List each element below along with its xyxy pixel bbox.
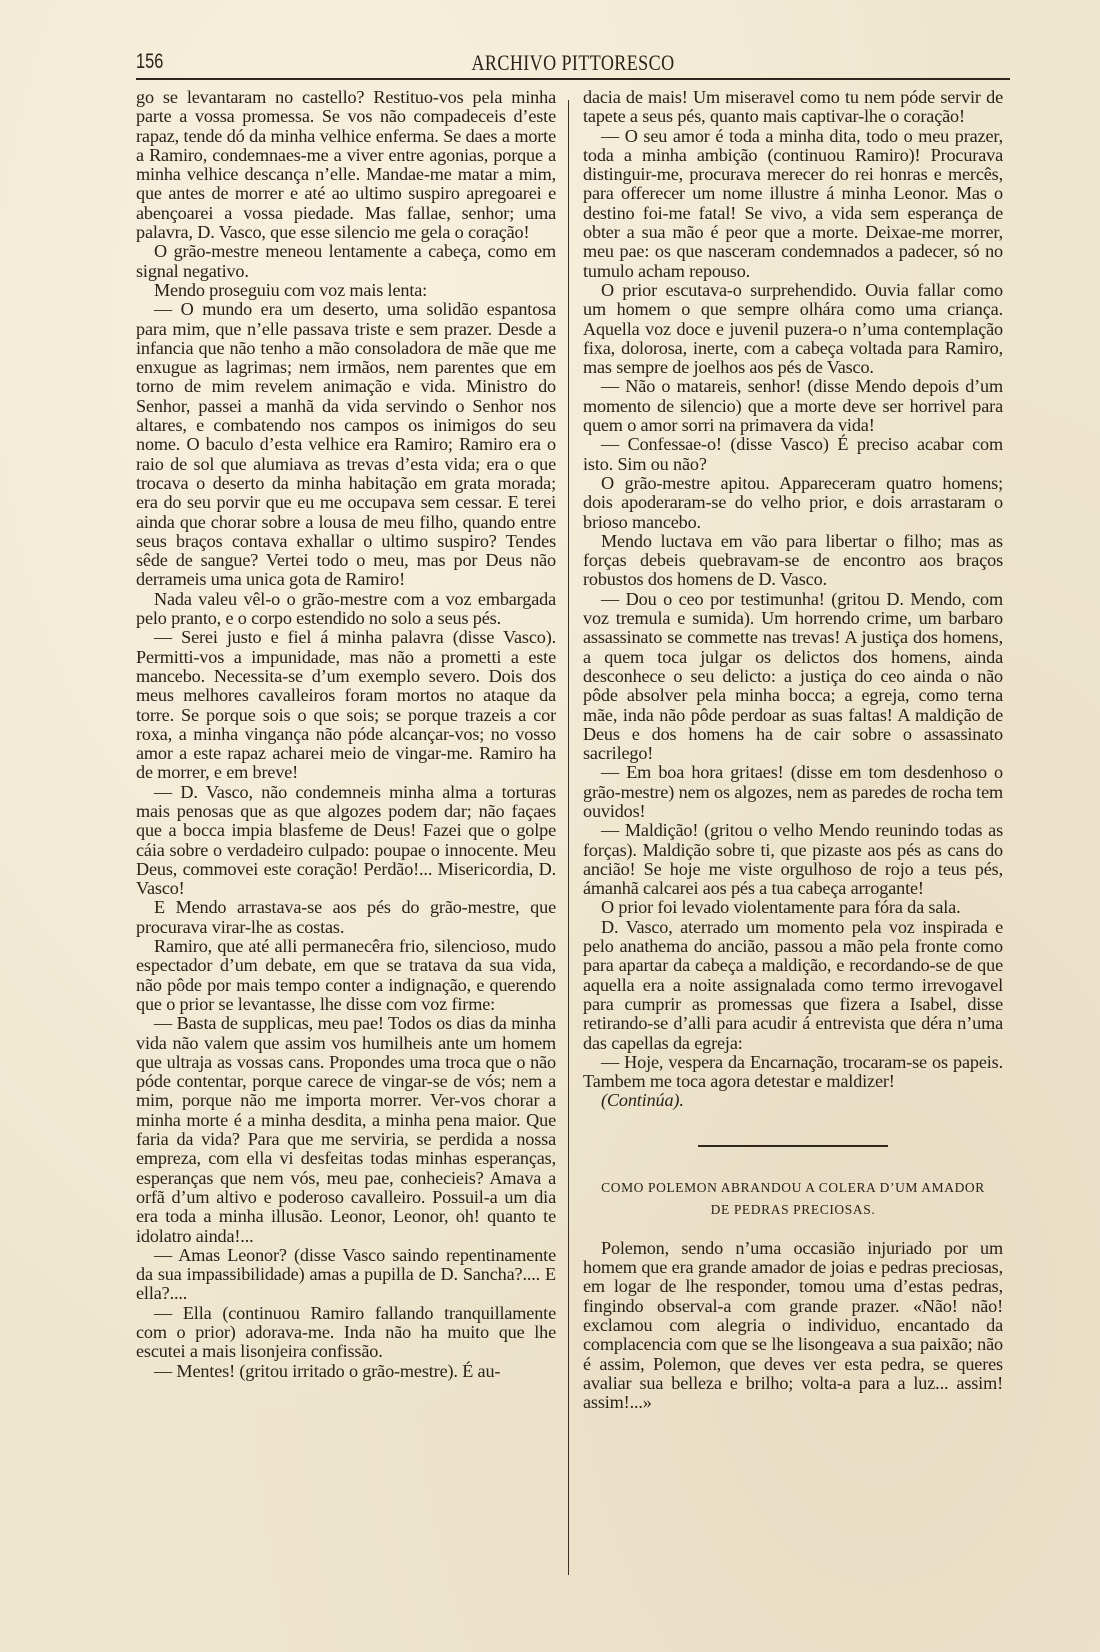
article-title-line-2: de pedras preciosas. [583, 1199, 1003, 1221]
section-divider [698, 1145, 888, 1147]
paragraph: — Amas Leonor? (disse Vasco saindo repen… [136, 1246, 556, 1304]
paragraph: O grão-mestre meneou lentamente a cabeça… [136, 242, 556, 281]
paragraph: D. Vasco, aterrado um momento pela voz i… [583, 918, 1003, 1053]
left-column: go se levantaram no castello? Restituo-v… [136, 88, 556, 1381]
paragraph: Mendo proseguiu com voz mais lenta: [136, 281, 556, 300]
paragraph: O grão-mestre apitou. Appareceram quatro… [583, 474, 1003, 532]
paragraph: O prior escutava-o surprehendido. Ouvia … [583, 281, 1003, 377]
paragraph: Nada valeu vêl-o o grão-mestre com a voz… [136, 590, 556, 629]
page-header: 156 ARCHIVO PITTORESCO [136, 48, 1010, 80]
paragraph: — Basta de supplicas, meu pae! Todos os … [136, 1014, 556, 1246]
page-number: 156 [136, 50, 163, 74]
paragraph: dacia de mais! Um miseravel como tu nem … [583, 88, 1003, 127]
continued-note: (Continúa). [583, 1091, 1003, 1110]
paragraph: Ramiro, que até alli permanecêra frio, s… [136, 937, 556, 1014]
article-title-line-1: Como Polemon abrandou a colera d’um amad… [583, 1177, 1003, 1199]
paragraph: — Maldição! (gritou o velho Mendo reunin… [583, 821, 1003, 898]
paragraph: Mendo luctava em vão para libertar o fil… [583, 532, 1003, 590]
running-title: ARCHIVO PITTORESCO [215, 50, 932, 76]
right-column: dacia de mais! Um miseravel como tu nem … [583, 88, 1003, 1412]
article-title: Como Polemon abrandou a colera d’um amad… [583, 1177, 1003, 1221]
paragraph: — Confessae-o! (disse Vasco) É preciso a… [583, 435, 1003, 474]
paragraph: — Mentes! (gritou irritado o grão-mestre… [136, 1362, 556, 1381]
paragraph: E Mendo arrastava-se aos pés do grão-mes… [136, 898, 556, 937]
newspaper-page: 156 ARCHIVO PITTORESCO go se levantaram … [136, 48, 1010, 1628]
paragraph: — O seu amor é toda a minha dita, todo o… [583, 127, 1003, 281]
column-divider [568, 100, 569, 1575]
paragraph: — D. Vasco, não condemneis minha alma a … [136, 783, 556, 899]
article-body: Polemon, sendo n’uma occasião injuriado … [583, 1239, 1003, 1413]
paragraph: — O mundo era um deserto, uma solidão es… [136, 300, 556, 589]
paragraph: — Hoje, vespera da Encarnação, trocaram-… [583, 1053, 1003, 1092]
paragraph: — Serei justo e fiel á minha palavra (di… [136, 628, 556, 782]
paragraph: — Não o matareis, senhor! (disse Mendo d… [583, 377, 1003, 435]
paragraph: go se levantaram no castello? Restituo-v… [136, 88, 556, 242]
paragraph: O prior foi levado violentamente para fó… [583, 898, 1003, 917]
paragraph: — Em boa hora gritaes! (disse em tom des… [583, 763, 1003, 821]
paragraph: — Ella (continuou Ramiro fallando tranqu… [136, 1304, 556, 1362]
paragraph: — Dou o ceo por testimunha! (gritou D. M… [583, 590, 1003, 764]
